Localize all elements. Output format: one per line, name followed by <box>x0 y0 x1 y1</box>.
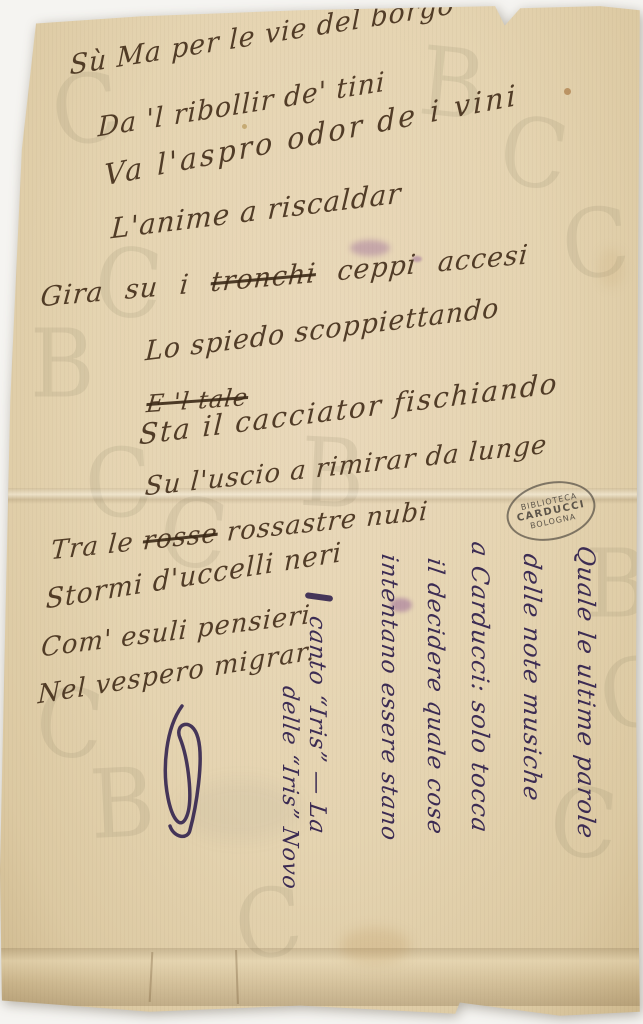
struck-text: rosse <box>142 518 219 556</box>
handwriting-text: Gira su i <box>39 267 212 313</box>
scan-background: CCBCCBCCBCCBCCB Sù Ma per le vie del bor… <box>0 0 643 1024</box>
manuscript-paper: CCBCCBCCBCCBCCB Sù Ma per le vie del bor… <box>0 0 643 1024</box>
struck-text: tronchi <box>209 258 317 299</box>
violet-note-5: intentano essere stano <box>376 552 402 843</box>
signature-flourish <box>152 698 216 846</box>
paper-shadow: CCBCCBCCBCCBCCB Sù Ma per le vie del bor… <box>0 0 643 1024</box>
fold-band-bottom <box>0 948 643 1006</box>
violet-note-2: delle note musiche <box>518 552 546 803</box>
poem-line-6: Lo spiedo scoppiettando <box>144 293 500 368</box>
watermark-letter: B <box>30 316 95 411</box>
foxing-spot <box>242 124 247 129</box>
handwriting-text: Ma per le vie del borgo <box>116 0 455 74</box>
watermark-letter: C <box>558 194 633 295</box>
violet-note-7: delle “Iris” Novo <box>277 684 302 891</box>
handwriting-text: Lo spiedo scoppiettando <box>144 293 500 368</box>
library-stamp: BIBLIOTECA CARDUCCI BOLOGNA <box>501 473 601 548</box>
foxing-spot <box>564 88 571 95</box>
poem-line-1: Sù Ma per le vie del borgo <box>69 0 454 81</box>
violet-note-3: a Carducci: solo tocca <box>466 540 494 835</box>
poem-line-4: L'anime a riscaldar <box>110 176 402 245</box>
handwriting-text: Sù <box>69 43 116 82</box>
violet-note-6: canto “Iris” — La <box>304 614 330 836</box>
foxing-spot <box>598 248 624 288</box>
watermark-letter: B <box>88 755 158 853</box>
watermark-letter: C <box>594 643 643 746</box>
watermark-letter: C <box>494 102 574 205</box>
handwriting-text: Tra le <box>50 526 144 566</box>
handwriting-text: L'anime a riscaldar <box>110 176 402 245</box>
violet-note-1: Quale le ultime parole <box>572 544 600 841</box>
violet-note-4: il decidere quale cose <box>422 556 448 836</box>
handwriting-text: ceppi accesi <box>315 239 530 289</box>
